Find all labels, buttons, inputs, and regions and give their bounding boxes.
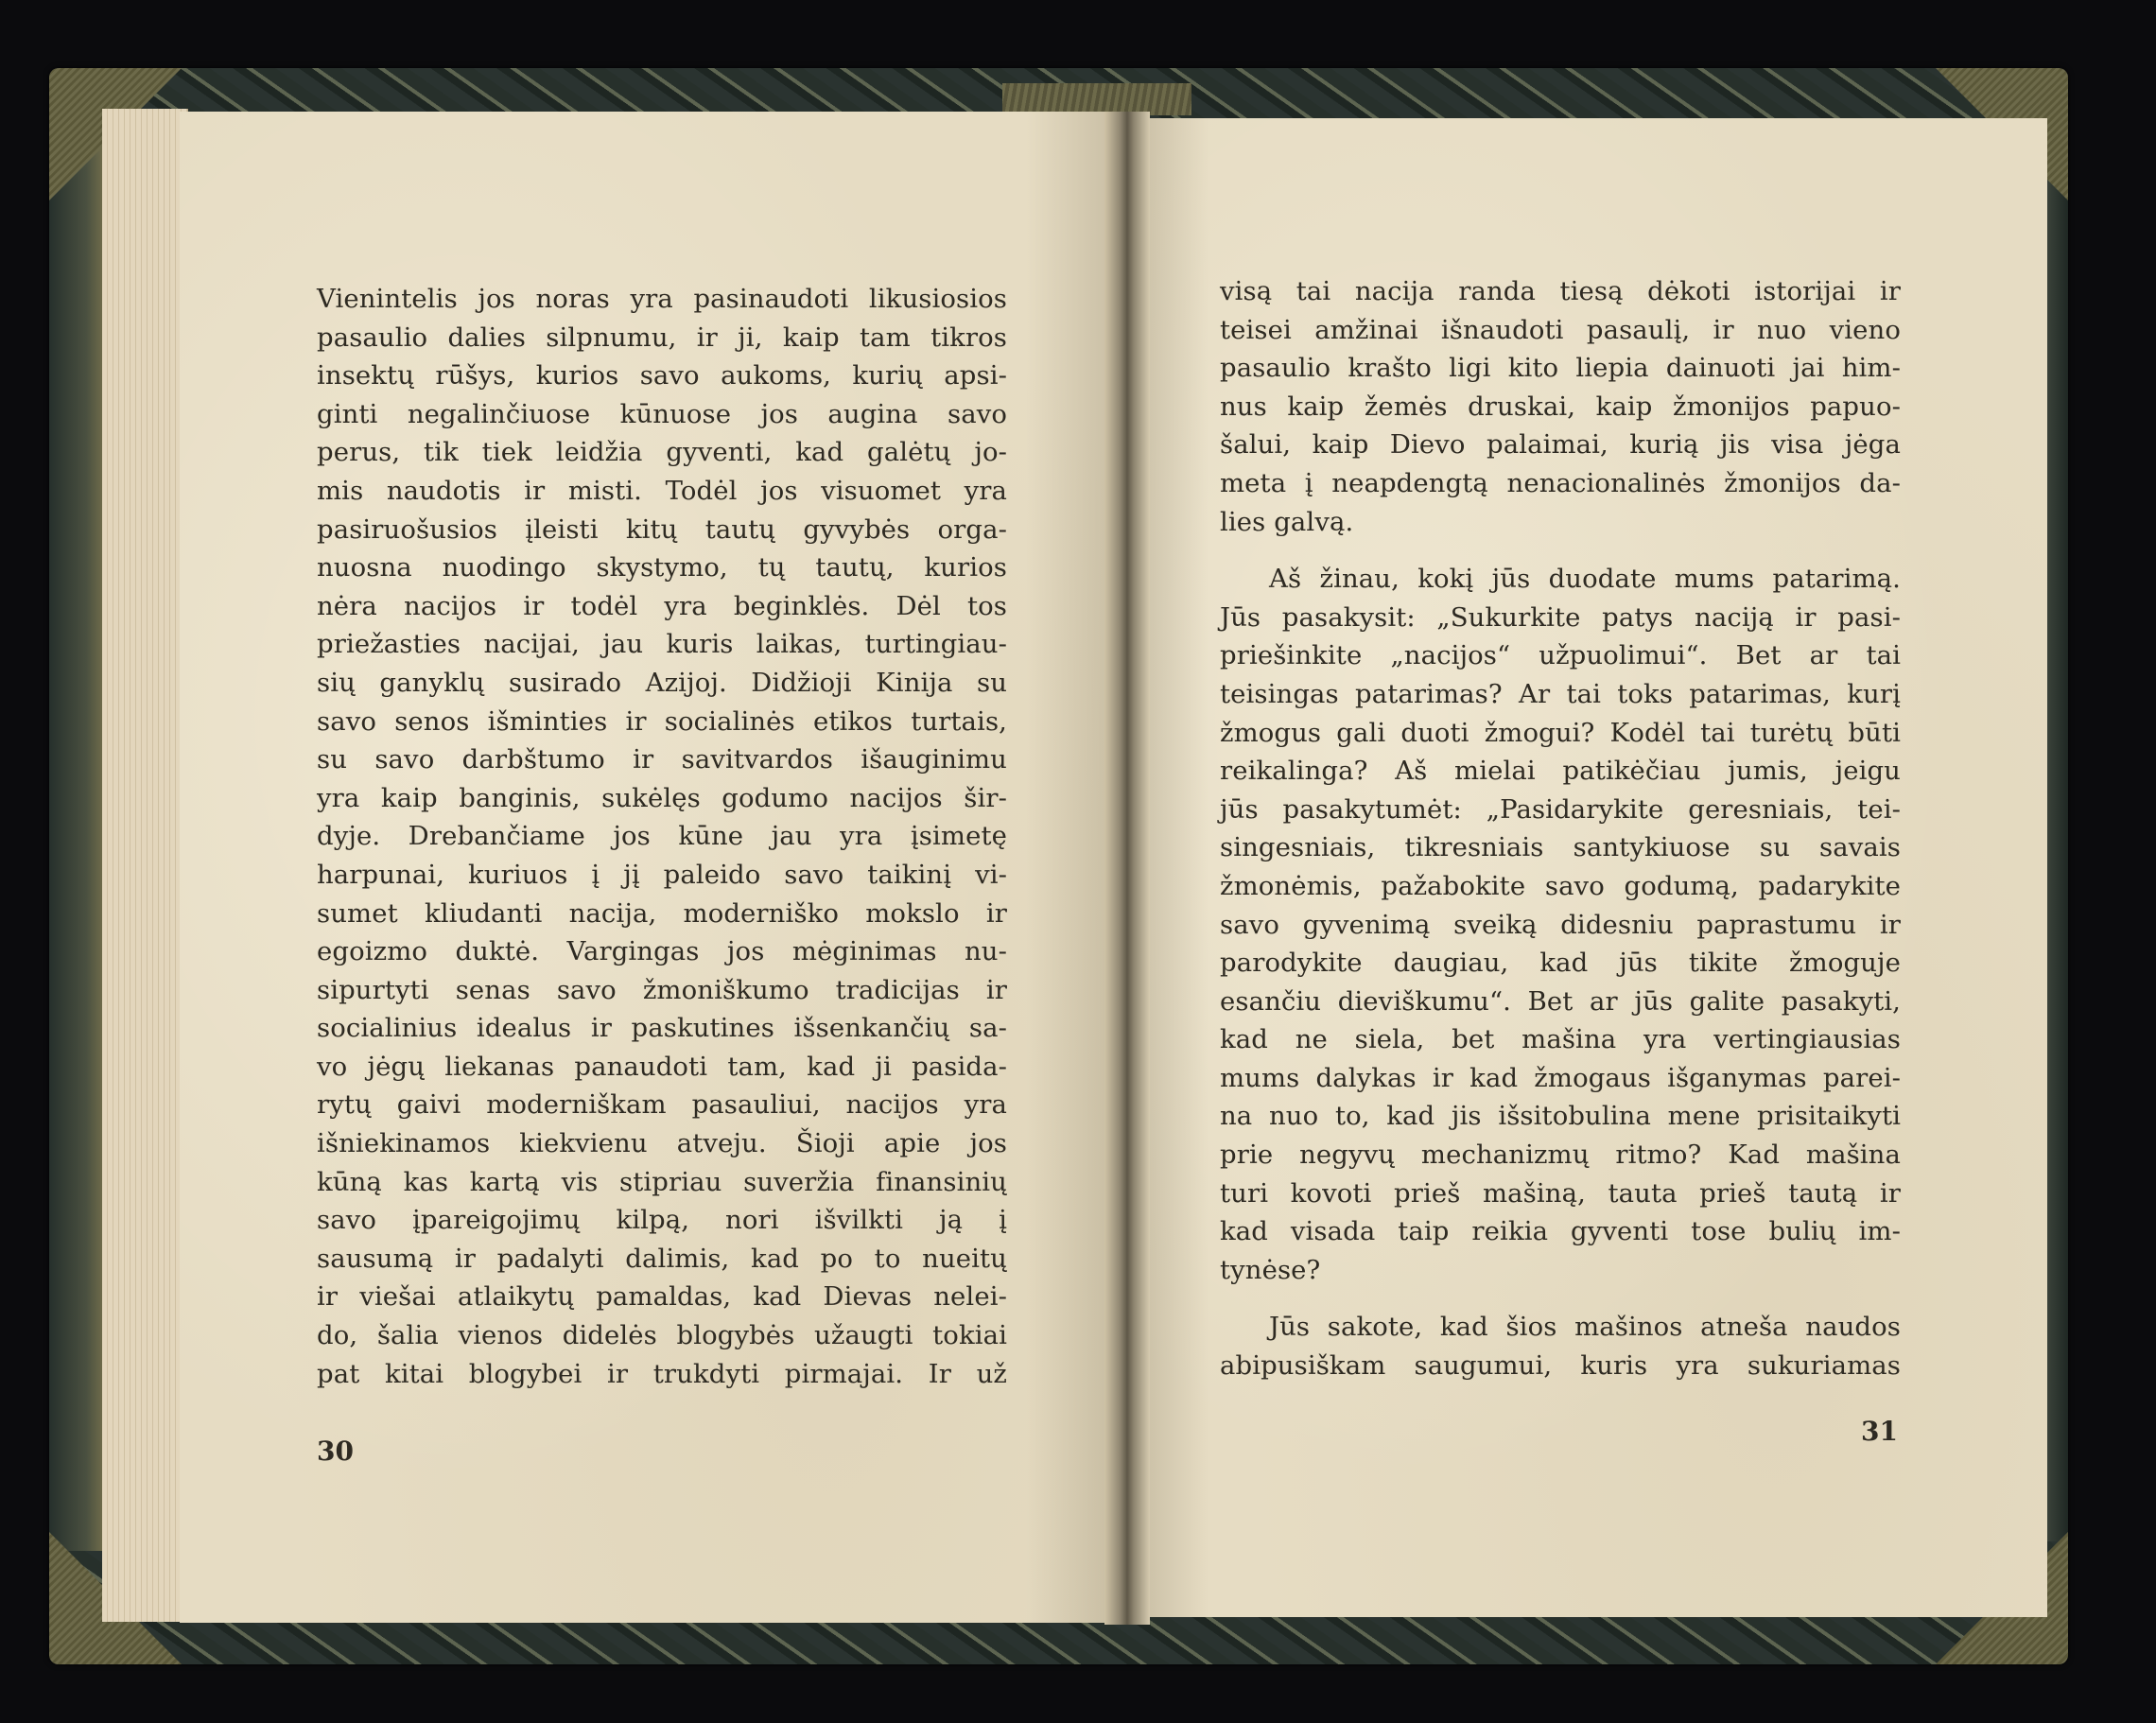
text-line: Jūs pasakysit: „Sukurkite patys naciją i… — [1220, 599, 1901, 637]
text-line: dyje. Drebančiame jos kūne jau yra įsime… — [317, 817, 1007, 856]
text-line: nėra nacijos ir todėl yra beginklės. Dėl… — [317, 587, 1007, 626]
text-line: esančiu dieviškumu“. Bet ar jūs galite p… — [1220, 983, 1901, 1021]
text-line: rytų gaivi moderniškam pasauliui, nacijo… — [317, 1086, 1007, 1124]
text-line: na nuo to, kad jis išsitobulina mene pri… — [1220, 1097, 1901, 1136]
text-line: parodykite daugiau, kad jūs tikite žmogu… — [1220, 944, 1901, 983]
text-line: harpunai, kuriuos į jį paleido savo taik… — [317, 856, 1007, 895]
book-gutter — [1104, 112, 1150, 1625]
text-line: kūną kas kartą vis stipriau suveržia fin… — [317, 1163, 1007, 1202]
text-line: sumet kliudanti nacija, moderniško moksl… — [317, 895, 1007, 933]
text-line: singesniais, tikresniais santykiuose su … — [1220, 828, 1901, 867]
text-line: kad ne siela, bet mašina yra vertingiaus… — [1220, 1020, 1901, 1059]
page-stack-edge — [102, 109, 188, 1622]
text-line: Vienintelis jos noras yra pasinaudoti li… — [317, 280, 1007, 319]
text-line: kad visada taip reikia gyventi tose buli… — [1220, 1212, 1901, 1251]
left-page-text: Vienintelis jos noras yra pasinaudoti li… — [317, 280, 1007, 1393]
text-line: nus kaip žemės druskai, kaip žmonijos pa… — [1220, 388, 1901, 426]
text-line: su savo darbštumo ir savitvardos išaugin… — [317, 740, 1007, 779]
text-line: teisei amžinai išnaudoti pasaulį, ir nuo… — [1220, 311, 1901, 350]
text-line: teisingas patarimas? Ar tai toks patarim… — [1220, 675, 1901, 714]
text-line: žmonėmis, pažabokite savo godumą, padary… — [1220, 867, 1901, 906]
text-line: pasaulio dalies silpnumu, ir ji, kaip ta… — [317, 319, 1007, 357]
left-page-number: 30 — [317, 1436, 354, 1467]
text-line: priežasties nacijai, jau kuris laikas, t… — [317, 625, 1007, 664]
paragraph: Jūs sakote, kad šios mašinos atneša naud… — [1220, 1308, 1901, 1384]
text-line: socialinius idealus ir paskutines išsenk… — [317, 1009, 1007, 1048]
text-line: Jūs sakote, kad šios mašinos atneša naud… — [1220, 1308, 1901, 1347]
text-line: prie negyvų mechanizmų ritmo? Kad mašina — [1220, 1136, 1901, 1175]
text-line: abipusiškam saugumui, kuris yra sukuriam… — [1220, 1347, 1901, 1385]
text-line: do, šalia vienos didelės blogybės užaugt… — [317, 1316, 1007, 1355]
text-line: sių ganyklų susirado Azijoj. Didžioji Ki… — [317, 664, 1007, 703]
paragraph: visą tai nacija randa tiesą dėkoti istor… — [1220, 272, 1901, 541]
text-line: savo įpareigojimų kilpą, nori išvilkti j… — [317, 1201, 1007, 1240]
text-line: išniekinamos kiekvienu atveju. Šioji api… — [317, 1124, 1007, 1163]
text-line: reikalinga? Aš mielai patikėčiau jumis, … — [1220, 752, 1901, 791]
cover-cloth-left-edge — [49, 113, 102, 1551]
text-line: insektų rūšys, kurios savo aukoms, kurių… — [317, 357, 1007, 395]
text-line: meta į neapdengtą nenacionalinės žmonijo… — [1220, 464, 1901, 503]
text-line: vo jėgų liekanas panaudoti tam, kad ji p… — [317, 1048, 1007, 1087]
text-line: jūs pasakytumėt: „Pasidarykite geresniai… — [1220, 791, 1901, 829]
text-line: turi kovoti prieš mašiną, tauta prieš ta… — [1220, 1175, 1901, 1213]
text-line: tynėse? — [1220, 1251, 1901, 1290]
paragraph: Aš žinau, kokį jūs duodate mums patarimą… — [1220, 560, 1901, 1289]
text-line: mums dalykas ir kad žmogaus išganymas pa… — [1220, 1059, 1901, 1098]
text-line: yra kaip banginis, sukėlęs godumo nacijo… — [317, 779, 1007, 818]
text-line: pasiruošusios įleisti kitų tautų gyvybės… — [317, 511, 1007, 549]
text-line: sipurtyti senas savo žmoniškumo tradicij… — [317, 971, 1007, 1010]
paragraph-gap — [1220, 541, 1901, 560]
text-line: Aš žinau, kokį jūs duodate mums patarimą… — [1220, 560, 1901, 599]
text-line: egoizmo duktė. Vargingas jos mėginimas n… — [317, 932, 1007, 971]
text-line: lies galvą. — [1220, 503, 1901, 542]
paragraph-gap — [1220, 1289, 1901, 1308]
text-line: priešinkite „nacijos“ užpuolimui“. Bet a… — [1220, 636, 1901, 675]
text-line: ir viešai atlaikytų pamaldas, kad Dievas… — [317, 1278, 1007, 1316]
text-line: žmogus gali duoti žmogui? Kodėl tai turė… — [1220, 714, 1901, 753]
text-line: pasaulio krašto ligi kito liepia dainuot… — [1220, 349, 1901, 388]
text-line: šalui, kaip Dievo palaimai, kurią jis vi… — [1220, 426, 1901, 464]
book-spine-cloth — [1002, 83, 1191, 115]
text-line: savo senos išminties ir socialinės etiko… — [317, 703, 1007, 741]
text-line: sausumą ir padalyti dalimis, kad po to n… — [317, 1240, 1007, 1279]
text-line: mis naudotis ir misti. Todėl jos visuome… — [317, 472, 1007, 511]
text-line: visą tai nacija randa tiesą dėkoti istor… — [1220, 272, 1901, 311]
text-line: ginti negalinčiuose kūnuose jos augina s… — [317, 395, 1007, 434]
text-line: nuosna nuodingo skystymo, tų tautų, kuri… — [317, 548, 1007, 587]
text-line: perus, tik tiek leidžia gyventi, kad gal… — [317, 433, 1007, 472]
right-page-text: visą tai nacija randa tiesą dėkoti istor… — [1220, 272, 1901, 1385]
text-line: pat kitai blogybei ir trukdyti pirmajai.… — [317, 1355, 1007, 1394]
right-page-number: 31 — [1861, 1416, 1898, 1447]
text-line: savo gyvenimą sveiką didesniu paprastumu… — [1220, 906, 1901, 945]
